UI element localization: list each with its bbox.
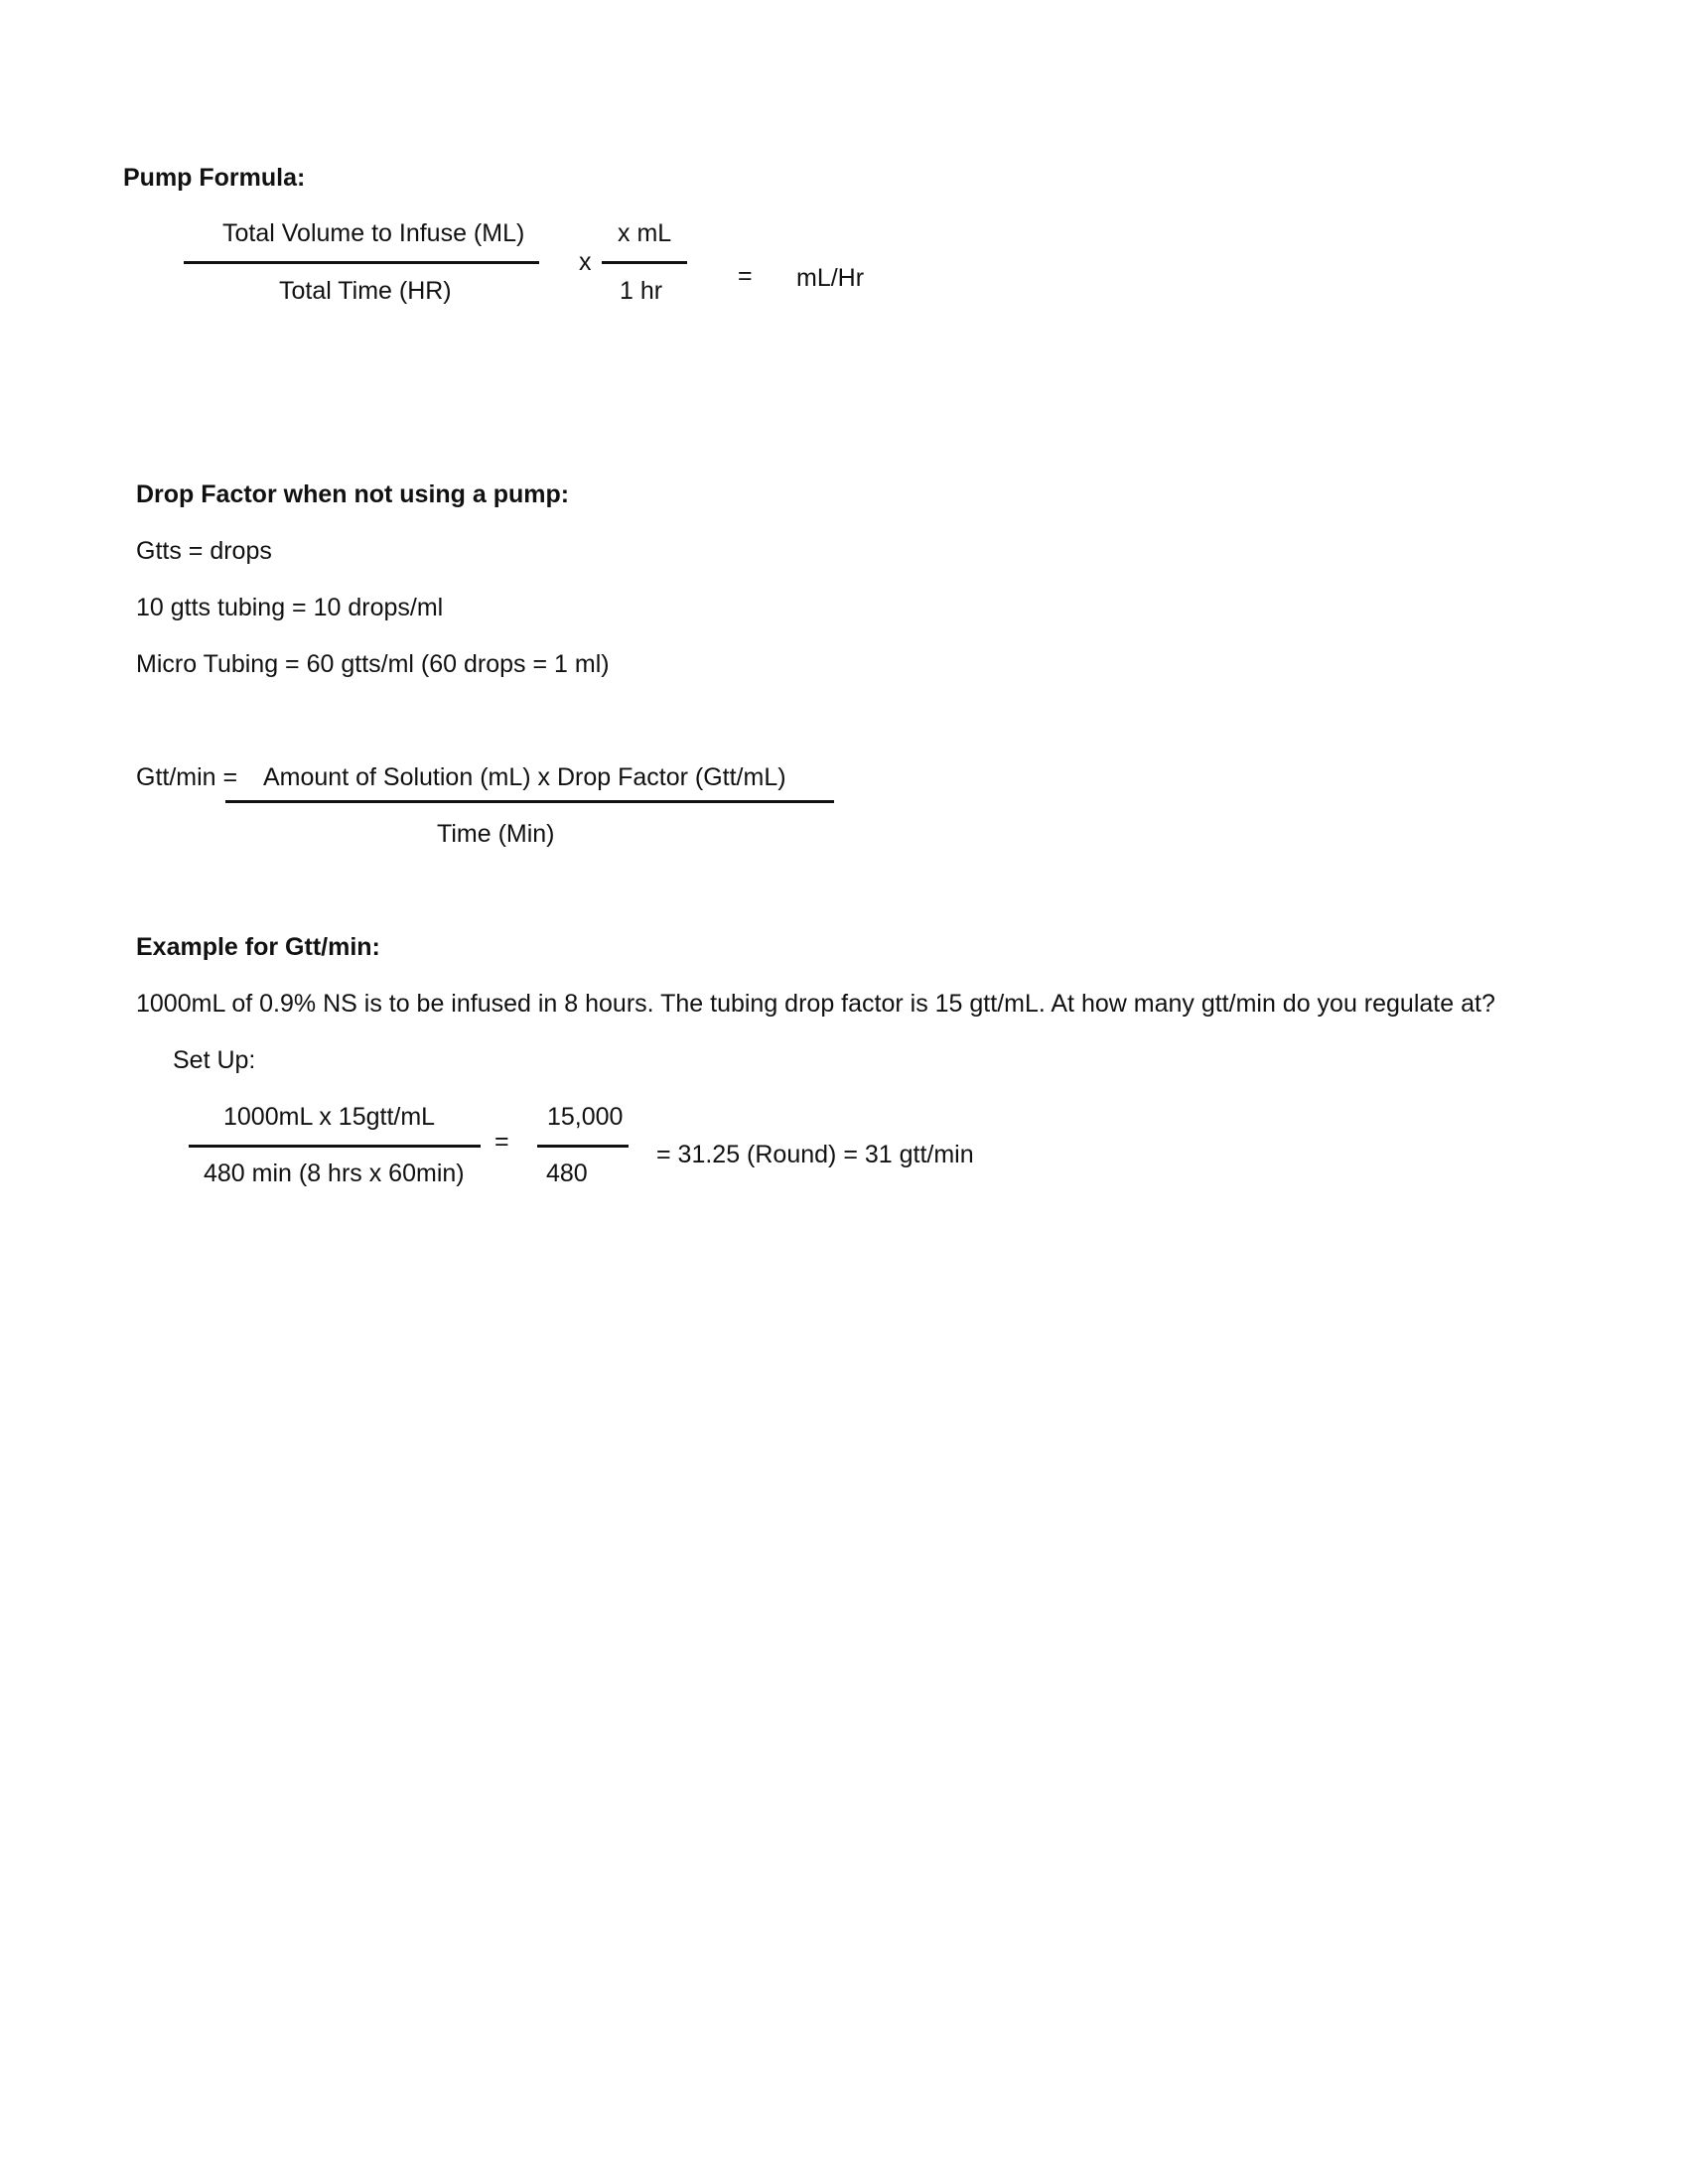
step2-denominator: 480	[546, 1161, 588, 1186]
drop-factor-line: 10 gtts tubing = 10 drops/ml	[136, 596, 443, 620]
gtt-min-numerator: Amount of Solution (mL) x Drop Factor (G…	[263, 765, 786, 790]
example-heading: Example for Gtt/min:	[136, 935, 380, 960]
gtt-min-denominator: Time (Min)	[437, 822, 555, 847]
times-sign: x	[579, 250, 592, 275]
drop-factor-heading: Drop Factor when not using a pump:	[136, 482, 569, 507]
example-problem: 1000mL of 0.9% NS is to be infused in 8 …	[136, 992, 1495, 1017]
step2-numerator: 15,000	[547, 1105, 623, 1130]
equals-sign: =	[738, 264, 753, 289]
fraction-bar	[602, 261, 687, 264]
fraction-bar	[184, 261, 539, 264]
gtt-min-label: Gtt/min =	[136, 765, 237, 790]
drop-factor-line: Micro Tubing = 60 gtts/ml (60 drops = 1 …	[136, 652, 610, 677]
example-result: = 31.25 (Round) = 31 gtt/min	[656, 1143, 974, 1167]
fraction-bar	[537, 1145, 629, 1148]
fraction-bar	[189, 1145, 481, 1148]
drop-factor-line: Gtts = drops	[136, 539, 272, 564]
pump-denominator: Total Time (HR)	[279, 279, 452, 304]
step1-denominator: 480 min (8 hrs x 60min)	[204, 1161, 465, 1186]
step1-numerator: 1000mL x 15gtt/mL	[223, 1105, 435, 1130]
setup-label: Set Up:	[173, 1048, 255, 1073]
equals-sign: =	[494, 1130, 509, 1155]
pump-result: mL/Hr	[796, 266, 864, 291]
factor-denominator: 1 hr	[620, 279, 662, 304]
pump-numerator: Total Volume to Infuse (ML)	[222, 221, 524, 246]
pump-formula-heading: Pump Formula:	[123, 166, 305, 191]
factor-numerator: x mL	[618, 221, 671, 246]
fraction-bar	[225, 800, 834, 803]
